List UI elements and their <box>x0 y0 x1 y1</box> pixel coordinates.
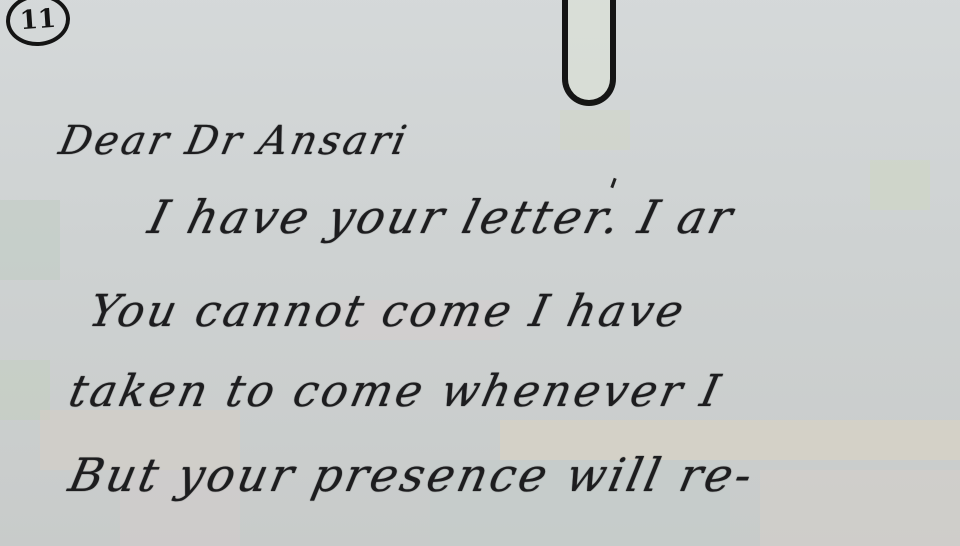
ink-accent-mark <box>610 178 616 188</box>
letter-line-1: I have your letter. I ar <box>143 190 741 244</box>
letter-line-3: taken to come whenever I <box>65 366 728 417</box>
paper-clip-mark-icon <box>562 0 616 106</box>
letter-page: 11 Dear Dr Ansari I have your letter. I … <box>0 0 960 546</box>
paper-stain <box>760 470 960 546</box>
circled-page-number: 11 <box>4 0 71 48</box>
paper-stain <box>0 200 60 280</box>
paper-stain <box>870 160 930 210</box>
paper-stain <box>560 110 630 150</box>
letter-line-2: You cannot come I have <box>85 286 691 337</box>
letter-line-4: But your presence will re- <box>64 448 760 502</box>
letter-salutation: Dear Dr Ansari <box>55 118 413 164</box>
